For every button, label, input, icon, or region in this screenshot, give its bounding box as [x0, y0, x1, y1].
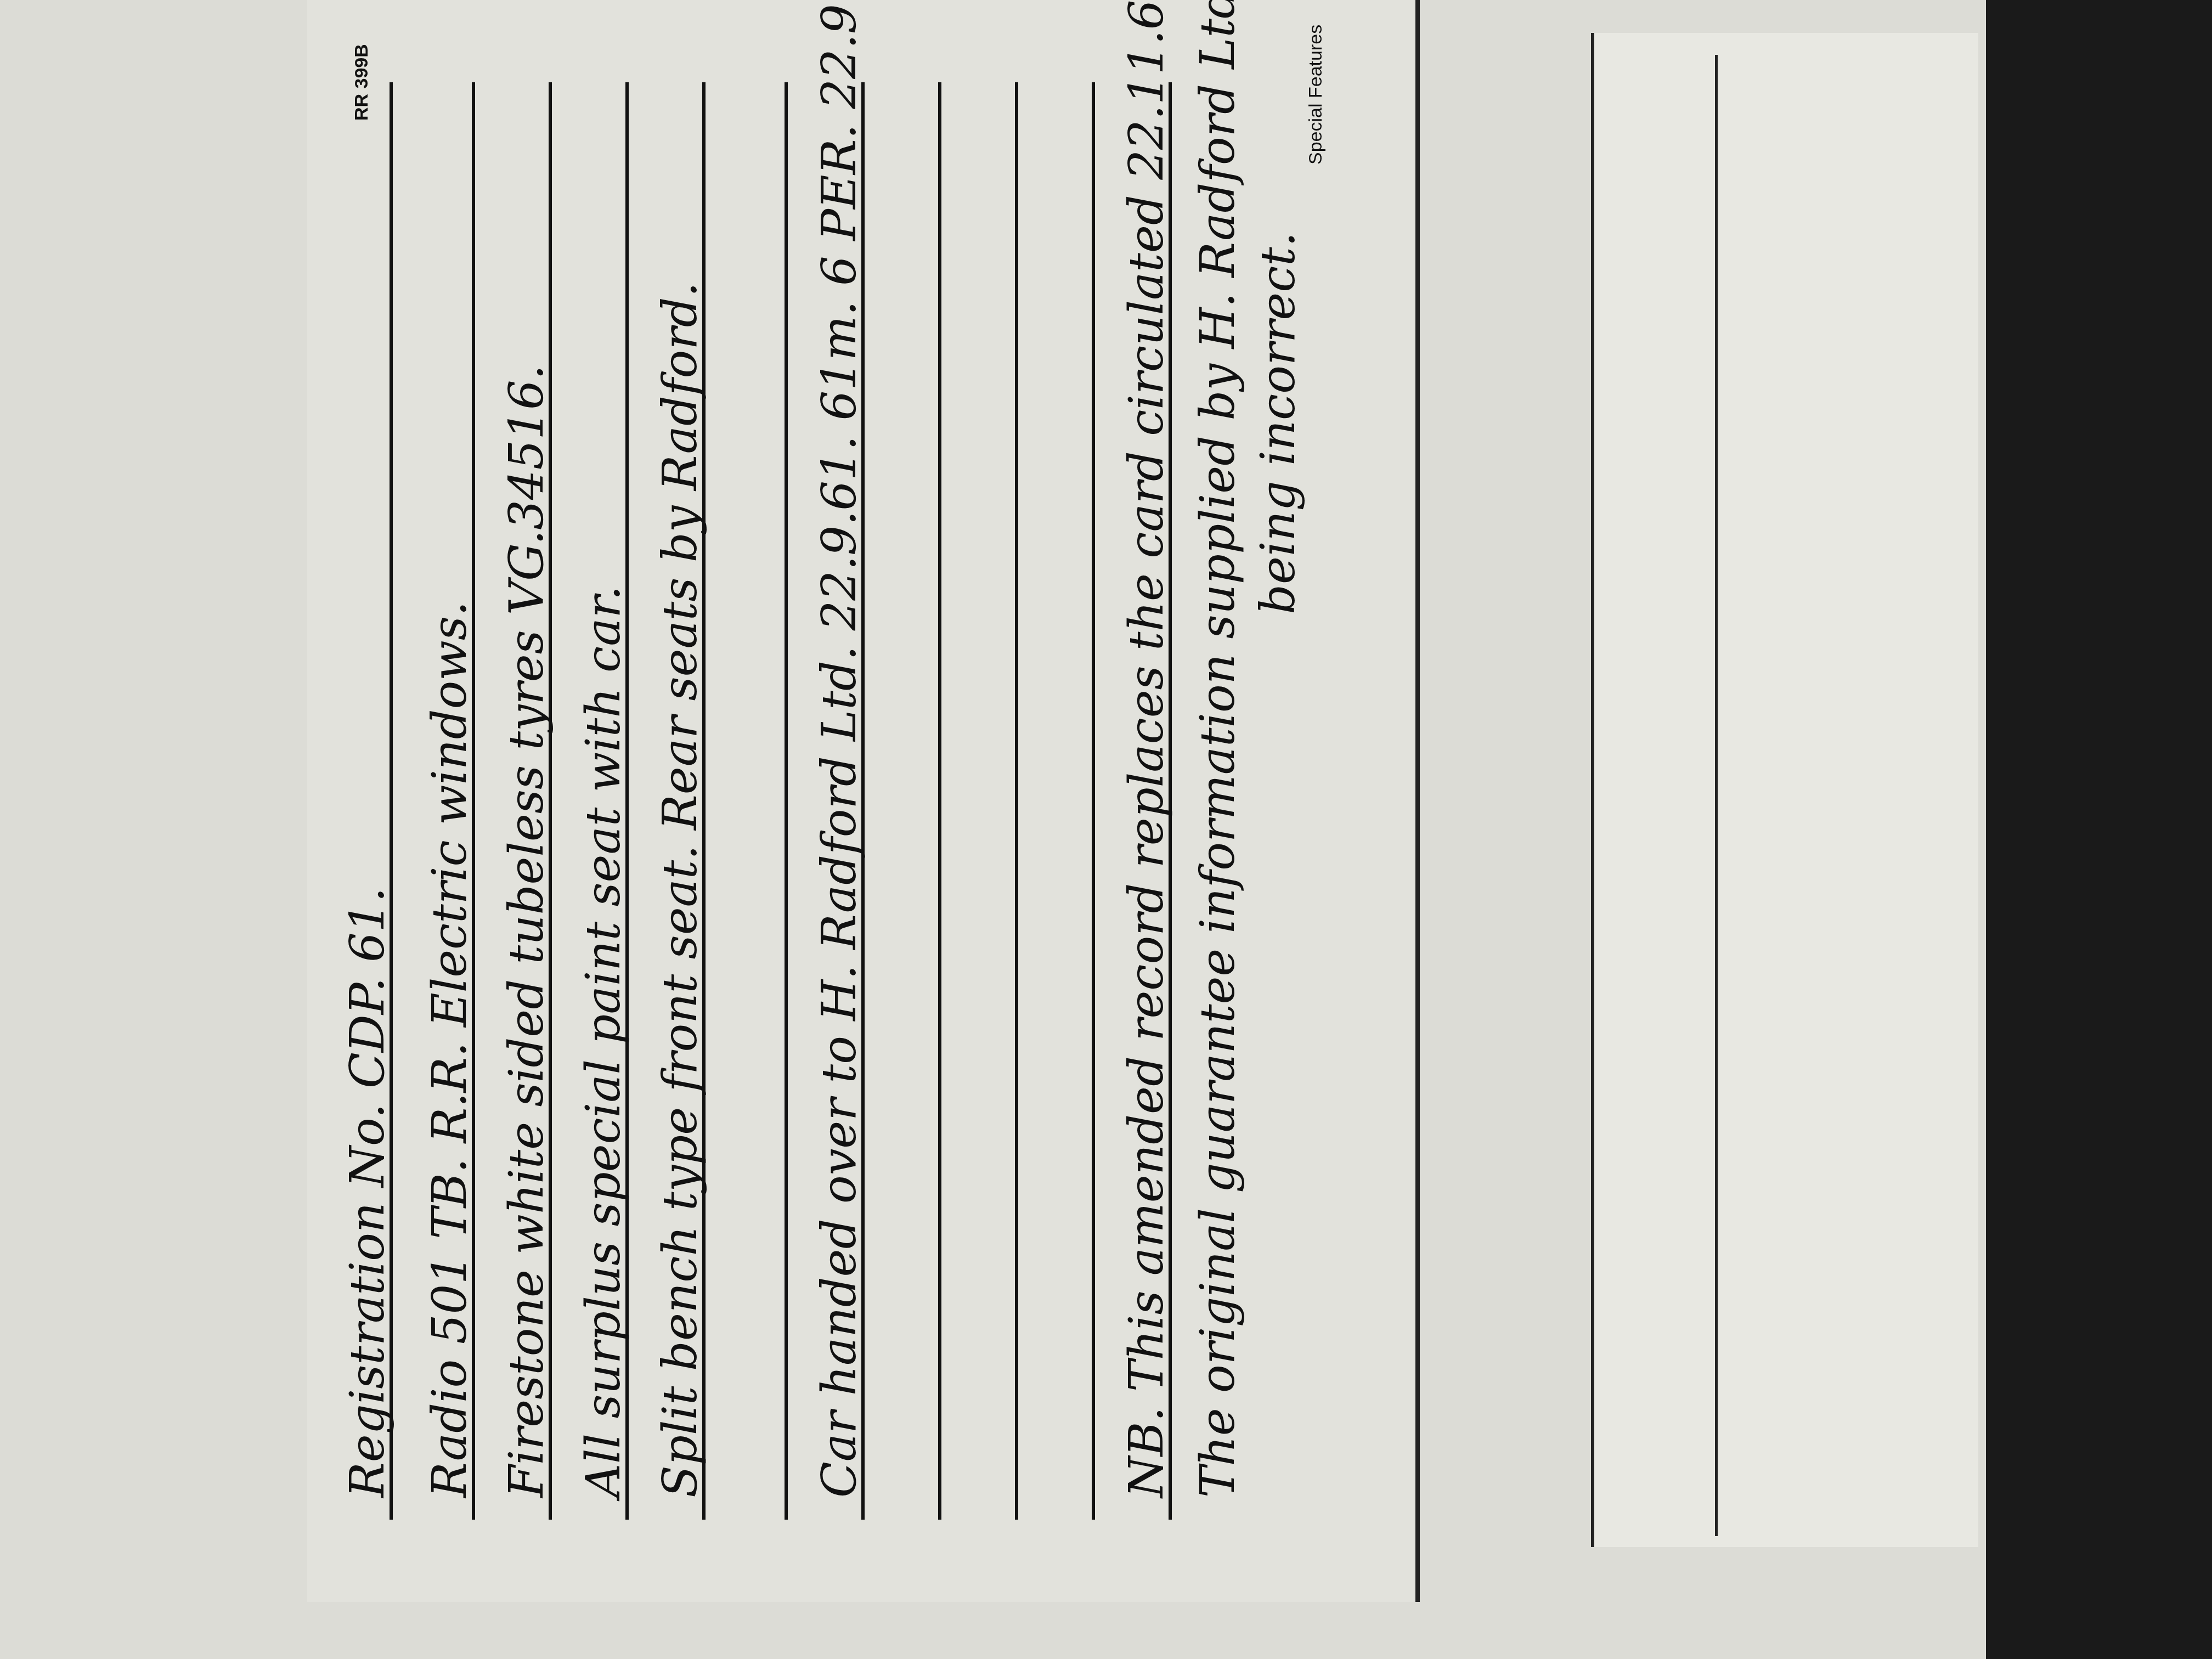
entry-radio: Radio 501 TB. R.R. Electric windows.: [422, 601, 477, 1498]
ruled-line: [1092, 82, 1095, 1520]
entry-tyres: Firestone white sided tubeless tyres VG.…: [499, 365, 554, 1498]
entry-paint: All surplus special paint seat with car.: [576, 585, 631, 1498]
special-features-label: Special Features: [1306, 25, 1325, 165]
entry-incorrect: being incorrect.: [1251, 232, 1306, 614]
ruled-line: [938, 82, 941, 1520]
form-code: RR 399B: [351, 44, 373, 121]
ruled-line: [1015, 82, 1018, 1520]
ruled-line: [1715, 55, 1718, 1536]
entry-handover: Car handed over to H. Radford Ltd. 22.9.…: [812, 0, 867, 1498]
underlying-card: [1591, 33, 1978, 1547]
entry-registration: Registration No. CDP. 61.: [340, 887, 395, 1498]
entry-seats: Split bench type front seat. Rear seats …: [653, 282, 708, 1498]
entry-original: The original guarantee information suppl…: [1190, 0, 1245, 1498]
ruled-line: [785, 82, 788, 1520]
card-content: RR 399B Registration No. CDP. 61. Radio …: [307, 0, 1415, 1602]
record-card: RR 399B Registration No. CDP. 61. Radio …: [307, 0, 1420, 1602]
entry-nb: NB. This amended record replaces the car…: [1119, 0, 1174, 1498]
